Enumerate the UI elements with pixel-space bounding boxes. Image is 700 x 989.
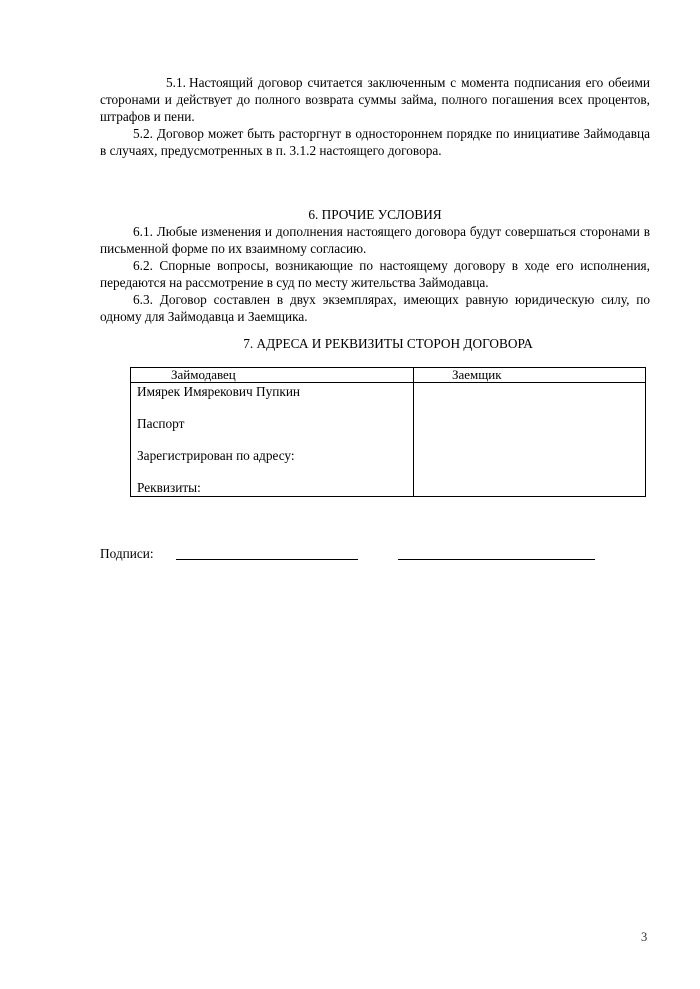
- borrower-signature-line: [398, 559, 595, 560]
- clause-number: 5.1.: [133, 74, 189, 91]
- lender-header: Займодавец: [131, 368, 414, 383]
- lender-name: Имярек Имярекович Пупкин: [137, 383, 413, 400]
- parties-table: Займодавец Заемщик Имярек Имярекович Пуп…: [130, 367, 646, 497]
- section-7-title: 7. АДРЕСА И РЕКВИЗИТЫ СТОРОН ДОГОВОРА: [130, 336, 646, 352]
- clause-6-3: 6.3. Договор составлен в двух экземпляра…: [100, 291, 650, 325]
- lender-address: Зарегистрирован по адресу:: [137, 447, 413, 464]
- clause-5-2: 5.2. Договор может быть расторгнут в одн…: [100, 125, 650, 159]
- borrower-header: Заемщик: [414, 368, 646, 383]
- section-6-title: 6. ПРОЧИЕ УСЛОВИЯ: [100, 207, 650, 223]
- lender-requisites: Реквизиты:: [137, 479, 413, 496]
- lender-passport: Паспорт: [137, 415, 413, 432]
- page-number: 3: [641, 930, 647, 945]
- signatures-label: Подписи:: [100, 546, 154, 561]
- clause-6-2: 6.2. Спорные вопросы, возникающие по нас…: [100, 257, 650, 291]
- clause-6-1: 6.1. Любые изменения и дополнения настоя…: [100, 223, 650, 257]
- clause-5-1: 5.1.Настоящий договор считается заключен…: [100, 74, 650, 125]
- borrower-details: [414, 383, 646, 497]
- signatures-row: Подписи:: [100, 546, 650, 564]
- lender-details: Имярек Имярекович Пупкин Паспорт Зарегис…: [131, 383, 414, 497]
- lender-signature-line: [176, 559, 358, 560]
